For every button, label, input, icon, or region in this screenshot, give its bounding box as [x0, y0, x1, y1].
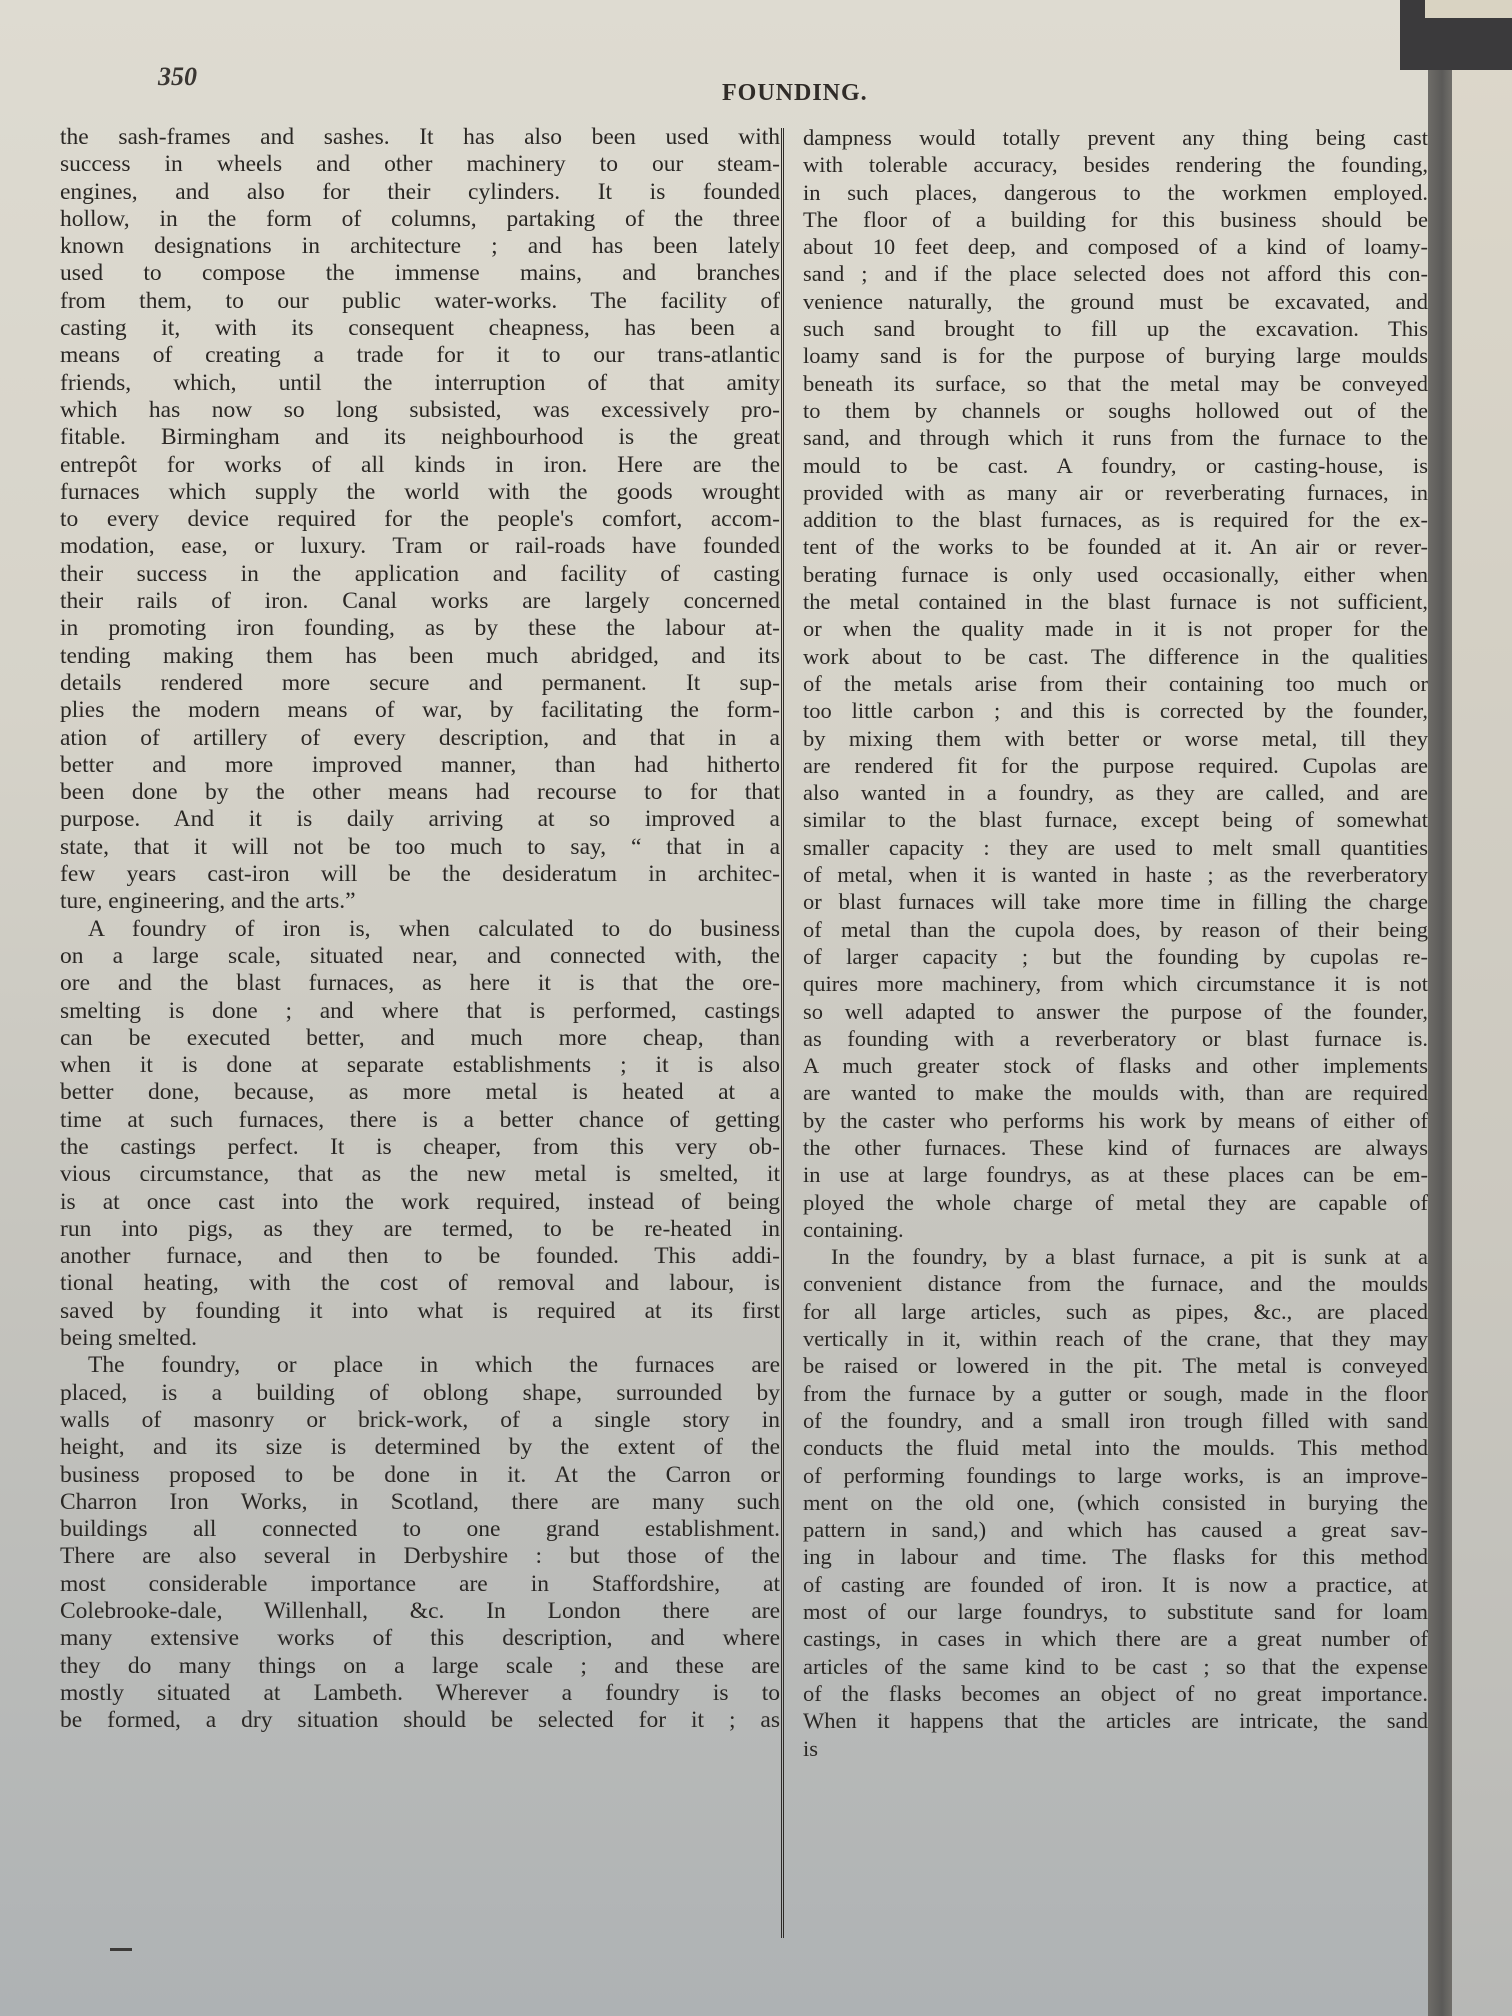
text-line: many extensive works of this description…	[60, 1625, 780, 1652]
text-line: fitable. Birmingham and its neighbourhoo…	[60, 424, 780, 451]
text-line: success in wheels and other machinery to…	[60, 151, 780, 178]
text-line: or when the quality made in it is not pr…	[803, 615, 1428, 642]
text-line: ture, engineering, and the arts.”	[60, 888, 780, 915]
text-line: by mixing them with better or worse meta…	[803, 725, 1428, 752]
text-line: is	[803, 1735, 1428, 1762]
text-line: from them, to our public water-works. Th…	[60, 288, 780, 315]
text-line: pattern in sand,) and which has caused a…	[803, 1516, 1428, 1543]
text-line: There are also several in Derbyshire : b…	[60, 1543, 780, 1570]
text-line: castings, in cases in which there are a …	[803, 1625, 1428, 1652]
text-line: of performing foundings to large works, …	[803, 1462, 1428, 1489]
text-line: from the furnace by a gutter or sough, m…	[803, 1380, 1428, 1407]
text-line: in use at large foundrys, as at these pl…	[803, 1161, 1428, 1188]
text-line: be raised or lowered in the pit. The met…	[803, 1352, 1428, 1379]
text-line: they do many things on a large scale ; a…	[60, 1653, 780, 1680]
text-line: of metal, when it is wanted in haste ; a…	[803, 861, 1428, 888]
text-line: plies the modern means of war, by facili…	[60, 697, 780, 724]
text-line: articles of the same kind to be cast ; s…	[803, 1653, 1428, 1680]
text-line: vertically in it, within reach of the cr…	[803, 1325, 1428, 1352]
text-line: placed, is a building of oblong shape, s…	[60, 1380, 780, 1407]
text-line: The floor of a building for this busines…	[803, 206, 1428, 233]
text-line: provided with as many air or reverberati…	[803, 479, 1428, 506]
text-line: sand, and through which it runs from the…	[803, 424, 1428, 451]
left-text-column: the sash-frames and sashes. It has also …	[60, 124, 780, 1735]
text-line: are rendered fit for the purpose require…	[803, 752, 1428, 779]
text-line: by the caster who performs his work by m…	[803, 1107, 1428, 1134]
text-line: be formed, a dry situation should be sel…	[60, 1707, 780, 1734]
text-line: mould to be cast. A foundry, or casting-…	[803, 452, 1428, 479]
text-line: business proposed to be done in it. At t…	[60, 1462, 780, 1489]
text-line: smaller capacity : they are used to melt…	[803, 834, 1428, 861]
running-head: FOUNDING.	[722, 80, 868, 107]
text-line: sand ; and if the place selected does no…	[803, 260, 1428, 287]
text-line: also wanted in a foundry, as they are ca…	[803, 779, 1428, 806]
text-line: venience naturally, the ground must be e…	[803, 288, 1428, 315]
text-line: about 10 feet deep, and composed of a ki…	[803, 233, 1428, 260]
text-line: beneath its surface, so that the metal m…	[803, 370, 1428, 397]
page-number: 350	[158, 62, 197, 92]
text-line: when it is done at separate establishmen…	[60, 1052, 780, 1079]
text-line: which has now so long subsisted, was exc…	[60, 397, 780, 424]
text-line: ployed the whole charge of metal they ar…	[803, 1189, 1428, 1216]
text-line: similar to the blast furnace, except bei…	[803, 806, 1428, 833]
text-line: purpose. And it is daily arriving at so …	[60, 806, 780, 833]
text-line: ore and the blast furnaces, as here it i…	[60, 970, 780, 997]
text-line: such sand brought to fill up the excavat…	[803, 315, 1428, 342]
text-line: conducts the fluid metal into the moulds…	[803, 1434, 1428, 1461]
text-line: dampness would totally prevent any thing…	[803, 124, 1428, 151]
ink-mark	[110, 1948, 132, 1951]
text-line: their rails of iron. Canal works are lar…	[60, 588, 780, 615]
text-line: as founding with a reverberatory or blas…	[803, 1025, 1428, 1052]
text-line: are wanted to make the moulds with, than…	[803, 1079, 1428, 1106]
background-object	[1425, 0, 1512, 18]
text-line: tending making them has been much abridg…	[60, 643, 780, 670]
text-line: to them by channels or soughs hollowed o…	[803, 397, 1428, 424]
text-line: engines, and also for their cylinders. I…	[60, 179, 780, 206]
text-line: state, that it will not be too much to s…	[60, 834, 780, 861]
text-line: been done by the other means had recours…	[60, 779, 780, 806]
text-line: so well adapted to answer the purpose of…	[803, 998, 1428, 1025]
text-line: A foundry of iron is, when calculated to…	[60, 916, 780, 943]
text-line: better done, because, as more metal is h…	[60, 1079, 780, 1106]
text-line: addition to the blast furnaces, as is re…	[803, 506, 1428, 533]
text-line: the other furnaces. These kind of furnac…	[803, 1134, 1428, 1161]
text-line: means of creating a trade for it to our …	[60, 342, 780, 369]
text-line: tional heating, with the cost of removal…	[60, 1270, 780, 1297]
text-line: the sash-frames and sashes. It has also …	[60, 124, 780, 151]
text-line: modation, ease, or luxury. Tram or rail-…	[60, 533, 780, 560]
text-line: better and more improved manner, than ha…	[60, 752, 780, 779]
text-line: another furnace, and then to be founded.…	[60, 1243, 780, 1270]
text-line: entrepôt for works of all kinds in iron.…	[60, 452, 780, 479]
text-line: smelting is done ; and where that is per…	[60, 998, 780, 1025]
text-line: being smelted.	[60, 1325, 780, 1352]
text-line: to every device required for the people'…	[60, 506, 780, 533]
text-line: convenient distance from the furnace, an…	[803, 1270, 1428, 1297]
text-line: with tolerable accuracy, besides renderi…	[803, 151, 1428, 178]
text-line: walls of masonry or brick-work, of a sin…	[60, 1407, 780, 1434]
text-line: most considerable importance are in Staf…	[60, 1571, 780, 1598]
column-divider-rule	[781, 128, 784, 1938]
text-line: most of our large foundrys, to substitut…	[803, 1598, 1428, 1625]
text-line: details rendered more secure and permane…	[60, 670, 780, 697]
text-line: in such places, dangerous to the workmen…	[803, 179, 1428, 206]
text-line: work about to be cast. The difference in…	[803, 643, 1428, 670]
text-line: run into pigs, as they are termed, to be…	[60, 1216, 780, 1243]
text-line: of the flasks becomes an object of no gr…	[803, 1680, 1428, 1707]
text-line: the metal contained in the blast furnace…	[803, 588, 1428, 615]
text-line: mostly situated at Lambeth. Wherever a f…	[60, 1680, 780, 1707]
text-line: of casting are founded of iron. It is no…	[803, 1571, 1428, 1598]
text-line: can be executed better, and much more ch…	[60, 1025, 780, 1052]
text-line: of metal than the cupola does, by reason…	[803, 916, 1428, 943]
text-line: few years cast-iron will be the desidera…	[60, 861, 780, 888]
right-text-column: dampness would totally prevent any thing…	[803, 124, 1428, 1762]
text-line: In the foundry, by a blast furnace, a pi…	[803, 1243, 1428, 1270]
text-line: too little carbon ; and this is correcte…	[803, 697, 1428, 724]
text-line: in promoting iron founding, as by these …	[60, 615, 780, 642]
text-line: quires more machinery, from which circum…	[803, 970, 1428, 997]
text-line: saved by founding it into what is requir…	[60, 1298, 780, 1325]
text-line: containing.	[803, 1216, 1428, 1243]
text-line: ment on the old one, (which consisted in…	[803, 1489, 1428, 1516]
text-line: is at once cast into the work required, …	[60, 1189, 780, 1216]
text-line: their success in the application and fac…	[60, 561, 780, 588]
text-line: casting it, with its consequent cheapnes…	[60, 315, 780, 342]
text-line: furnaces which supply the world with the…	[60, 479, 780, 506]
text-line: When it happens that the articles are in…	[803, 1707, 1428, 1734]
text-line: ation of artillery of every description,…	[60, 725, 780, 752]
text-line: Charron Iron Works, in Scotland, there a…	[60, 1489, 780, 1516]
text-line: buildings all connected to one grand est…	[60, 1516, 780, 1543]
text-line: time at such furnaces, there is a better…	[60, 1107, 780, 1134]
text-line: or blast furnaces will take more time in…	[803, 888, 1428, 915]
text-line: the castings perfect. It is cheaper, fro…	[60, 1134, 780, 1161]
text-line: used to compose the immense mains, and b…	[60, 260, 780, 287]
text-line: berating furnace is only used occasional…	[803, 561, 1428, 588]
text-line: of larger capacity ; but the founding by…	[803, 943, 1428, 970]
facing-page-edge	[1452, 60, 1512, 2016]
text-line: on a large scale, situated near, and con…	[60, 943, 780, 970]
text-line: ing in labour and time. The flasks for t…	[803, 1543, 1428, 1570]
text-line: loamy sand is for the purpose of burying…	[803, 342, 1428, 369]
text-line: for all large articles, such as pipes, &…	[803, 1298, 1428, 1325]
text-line: vious circumstance, that as the new meta…	[60, 1161, 780, 1188]
text-line: of the metals arise from their containin…	[803, 670, 1428, 697]
text-line: height, and its size is determined by th…	[60, 1434, 780, 1461]
text-line: The foundry, or place in which the furna…	[60, 1352, 780, 1379]
text-line: known designations in architecture ; and…	[60, 233, 780, 260]
text-line: hollow, in the form of columns, partakin…	[60, 206, 780, 233]
text-line: tent of the works to be founded at it. A…	[803, 533, 1428, 560]
text-line: friends, which, until the interruption o…	[60, 370, 780, 397]
text-line: A much greater stock of flasks and other…	[803, 1052, 1428, 1079]
text-line: Colebrooke-dale, Willenhall, &c. In Lond…	[60, 1598, 780, 1625]
text-line: of the foundry, and a small iron trough …	[803, 1407, 1428, 1434]
